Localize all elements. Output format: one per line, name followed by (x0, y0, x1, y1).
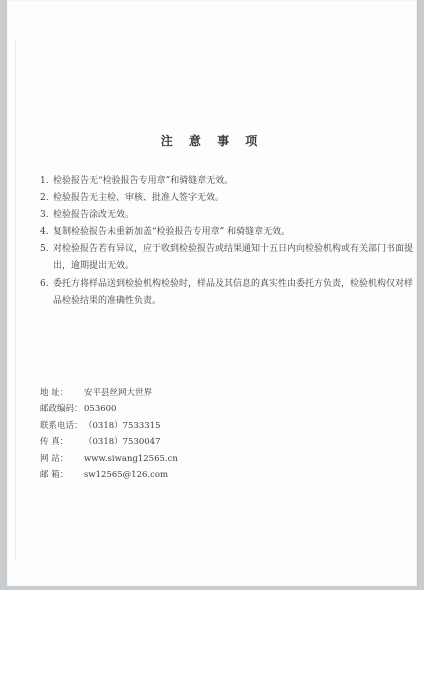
notice-number: 3. (40, 210, 53, 221)
contact-value: （0318）7533315 (84, 421, 161, 432)
contact-label: 网 站： (40, 454, 84, 465)
page-title: 注 意 事 项 (0, 132, 424, 149)
notice-number: 2. (40, 193, 53, 204)
notice-text: 复制检验报告未重新加盖“检验报告专用章” 和骑缝章无效。 (53, 227, 290, 237)
notice-item-2: 2.检验报告无主检、审核、批准人签字无效。 (40, 193, 224, 204)
notice-item-5: 5.对检验报告若有异议，应于收到检验报告或结果通知十五日内向检验机构或有关部门书… (40, 244, 413, 255)
contact-address: 地 址：安平县丝网大世界 (40, 388, 152, 399)
contact-label: 传 真： (40, 437, 84, 448)
notice-item-6-continuation: 品检验结果的准确性负责。 (53, 296, 161, 307)
notice-number: 1. (40, 176, 53, 187)
contact-value: sw12565@126.com (84, 470, 168, 481)
notice-text: 对检验报告若有异议，应于收到检验报告或结果通知十五日内向检验机构或有关部门书面提 (53, 244, 413, 254)
notice-item-5-continuation: 出，逾期提出无效。 (53, 261, 134, 272)
notice-number: 4. (40, 227, 53, 238)
contact-value: （0318）7530047 (84, 437, 161, 448)
contact-email: 邮 箱：sw12565@126.com (40, 470, 168, 481)
notice-text: 委托方将样品送到检验机构检验时，样品及其信息的真实性由委托方负责，检验机构仅对样 (53, 279, 413, 289)
contact-value: www.siwang12565.cn (84, 454, 178, 465)
notice-number: 6. (40, 279, 53, 290)
notice-number: 5. (40, 244, 53, 255)
contact-website: 网 站：www.siwang12565.cn (40, 454, 178, 465)
notice-item-3: 3.检验报告涂改无效。 (40, 210, 134, 221)
contact-postcode: 邮政编码：053600 (40, 404, 116, 415)
document-page (7, 0, 418, 586)
contact-value: 053600 (84, 404, 116, 415)
notice-item-4: 4.复制检验报告未重新加盖“检验报告专用章” 和骑缝章无效。 (40, 227, 290, 238)
contact-phone: 联系电话：（0318）7533315 (40, 421, 161, 432)
notice-text: 检验报告无“检验报告专用章”和骑缝章无效。 (53, 176, 233, 186)
contact-label: 邮政编码： (40, 404, 84, 415)
notice-text: 检验报告无主检、审核、批准人签字无效。 (53, 193, 224, 203)
contact-fax: 传 真：（0318）7530047 (40, 437, 161, 448)
contact-value: 安平县丝网大世界 (84, 388, 152, 399)
contact-label: 地 址： (40, 388, 84, 399)
contact-label: 邮 箱： (40, 470, 84, 481)
notice-text: 检验报告涂改无效。 (53, 210, 134, 220)
notice-item-1: 1.检验报告无“检验报告专用章”和骑缝章无效。 (40, 176, 233, 187)
page-margin-line (15, 40, 16, 560)
contact-label: 联系电话： (40, 421, 84, 432)
notice-item-6: 6.委托方将样品送到检验机构检验时，样品及其信息的真实性由委托方负责，检验机构仅… (40, 279, 413, 290)
